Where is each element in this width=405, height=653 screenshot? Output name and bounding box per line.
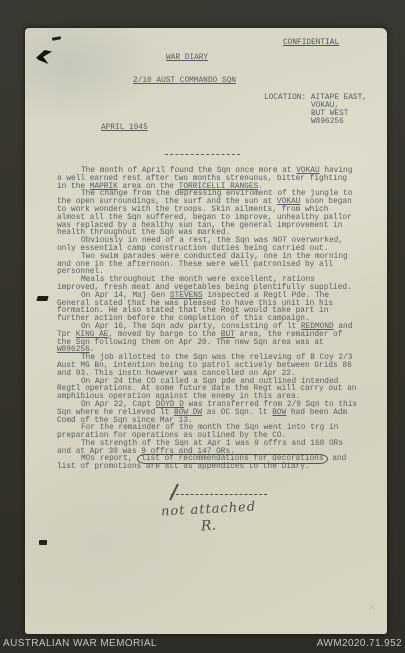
location-line: LOCATION: AITAPE EAST, bbox=[264, 94, 367, 102]
diary-paragraph: On Apr 22, Capt DOYD D was transferred f… bbox=[57, 402, 361, 425]
war-diary-page: CONFIDENTIAL WAR DIARY 2/10 AUST COMMAND… bbox=[25, 28, 387, 634]
diary-body: The month of April found the Sqn once mo… bbox=[57, 168, 361, 472]
diary-paragraph: The month of April found the Sqn once mo… bbox=[57, 168, 361, 191]
handwritten-slash-mark bbox=[169, 484, 178, 501]
signature-line bbox=[171, 494, 267, 495]
location-block: LOCATION: AITAPE EAST, VOKAU, BUT WEST W… bbox=[264, 94, 367, 126]
binder-hole-mark bbox=[36, 296, 48, 301]
location-value: BUT WEST bbox=[311, 110, 367, 118]
diary-paragraph: On Apr 16, The Sqn adv party, consisting… bbox=[57, 324, 361, 355]
diary-paragraph: Two swim parades were conducted daily, o… bbox=[57, 254, 361, 277]
paper-tear-mark bbox=[36, 50, 52, 64]
handwritten-initial: R. bbox=[200, 517, 216, 534]
location-value: W896256 bbox=[311, 118, 367, 126]
pencil-x-blemish bbox=[369, 604, 375, 610]
archive-reference-number: AWM2020.71.952 bbox=[317, 638, 402, 649]
location-label: LOCATION: bbox=[264, 94, 306, 102]
diary-month: APRIL 1945 bbox=[101, 124, 148, 132]
diary-paragraph: MOs report, list of recommendations for … bbox=[57, 456, 361, 472]
location-value: AITAPE EAST, bbox=[311, 94, 367, 102]
binder-hole-mark bbox=[39, 540, 47, 545]
handwritten-note: not attached bbox=[161, 500, 257, 520]
archive-name: AUSTRALIAN WAR MEMORIAL bbox=[3, 638, 157, 649]
diary-paragraph: Obviously in need of a rest, the Sqn was… bbox=[57, 238, 361, 254]
diary-paragraph: For the remainder of the month the Sqn w… bbox=[57, 425, 361, 441]
diary-paragraph: On Apr 24 the CO called a Sqn pde and ou… bbox=[57, 379, 361, 402]
location-value: VOKAU, bbox=[311, 102, 367, 110]
diary-paragraph: On Apr 14, Maj Gen STEVENS inspected a R… bbox=[57, 293, 361, 324]
paper-tear-mark bbox=[52, 36, 61, 41]
archive-footer: AUSTRALIAN WAR MEMORIAL AWM2020.71.952 bbox=[0, 635, 405, 651]
diary-paragraph: The change from the depressing enviromen… bbox=[57, 191, 361, 238]
scanned-photo-background: CONFIDENTIAL WAR DIARY 2/10 AUST COMMAND… bbox=[0, 0, 405, 653]
typed-divider-line bbox=[165, 154, 240, 155]
classification-stamp: CONFIDENTIAL bbox=[283, 39, 339, 47]
document-title: WAR DIARY bbox=[166, 54, 208, 62]
diary-paragraph: Meals throughout the month were excellen… bbox=[57, 277, 361, 293]
diary-paragraph: The job allotted to the Sqn was the reli… bbox=[57, 355, 361, 378]
unit-name: 2/10 AUST COMMANDO SQN bbox=[133, 77, 236, 85]
